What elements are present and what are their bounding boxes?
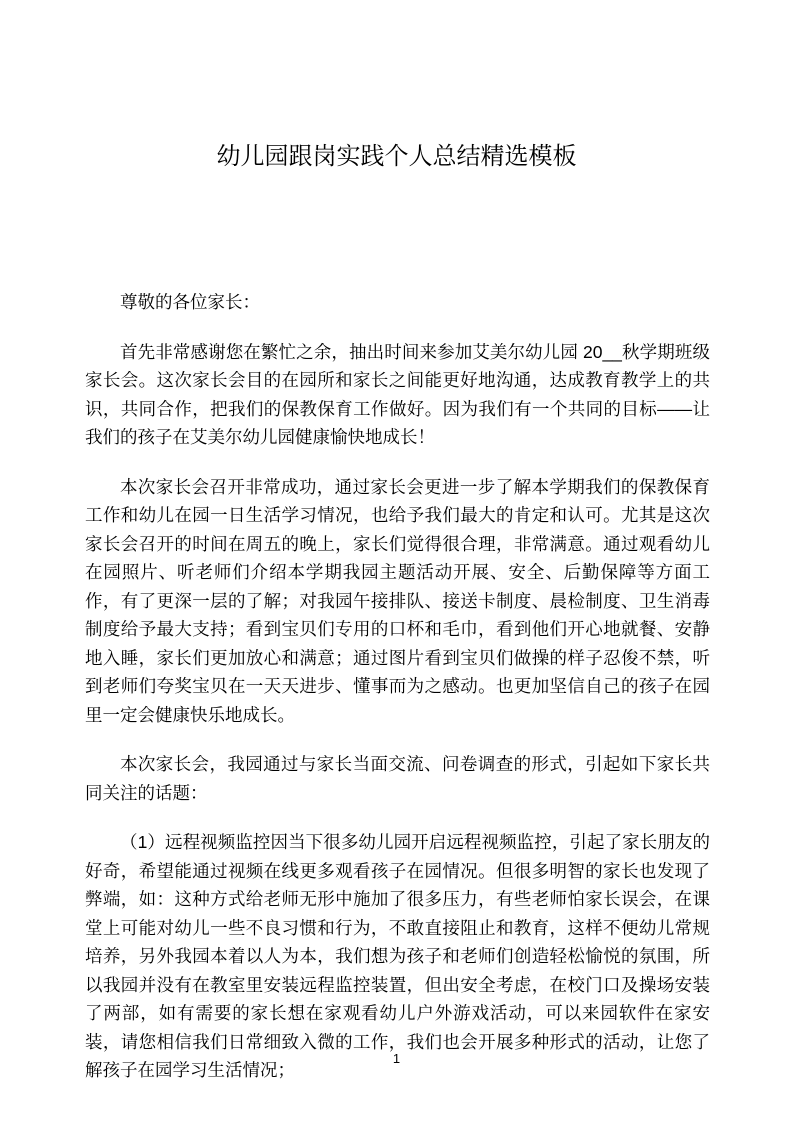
document-page: 幼儿园跟岗实践个人总结精选模板 尊敬的各位家长： 首先非常感谢您在繁忙之余，抽出… (0, 0, 793, 1122)
document-body: 尊敬的各位家长： 首先非常感谢您在繁忙之余，抽出时间来参加艾美尔幼儿园 20__… (85, 288, 710, 1085)
salutation-paragraph: 尊敬的各位家长： (85, 288, 710, 317)
document-title: 幼儿园跟岗实践个人总结精选模板 (0, 0, 793, 174)
survey-topics-paragraph: 本次家长会，我园通过与家长当面交流、问卷调查的形式，引起如下家长共同关注的话题： (85, 750, 710, 807)
page-number: 1 (0, 1050, 793, 1068)
thanks-intro-paragraph: 首先非常感谢您在繁忙之余，抽出时间来参加艾美尔幼儿园 20__秋学期班级家长会。… (85, 338, 710, 452)
meeting-success-paragraph: 本次家长会召开非常成功，通过家长会更进一步了解本学期我们的保教保育工作和幼儿在园… (85, 473, 710, 730)
video-monitoring-paragraph: （1）远程视频监控因当下很多幼儿园开启远程视频监控，引起了家长朋友的好奇，希望能… (85, 828, 710, 1085)
